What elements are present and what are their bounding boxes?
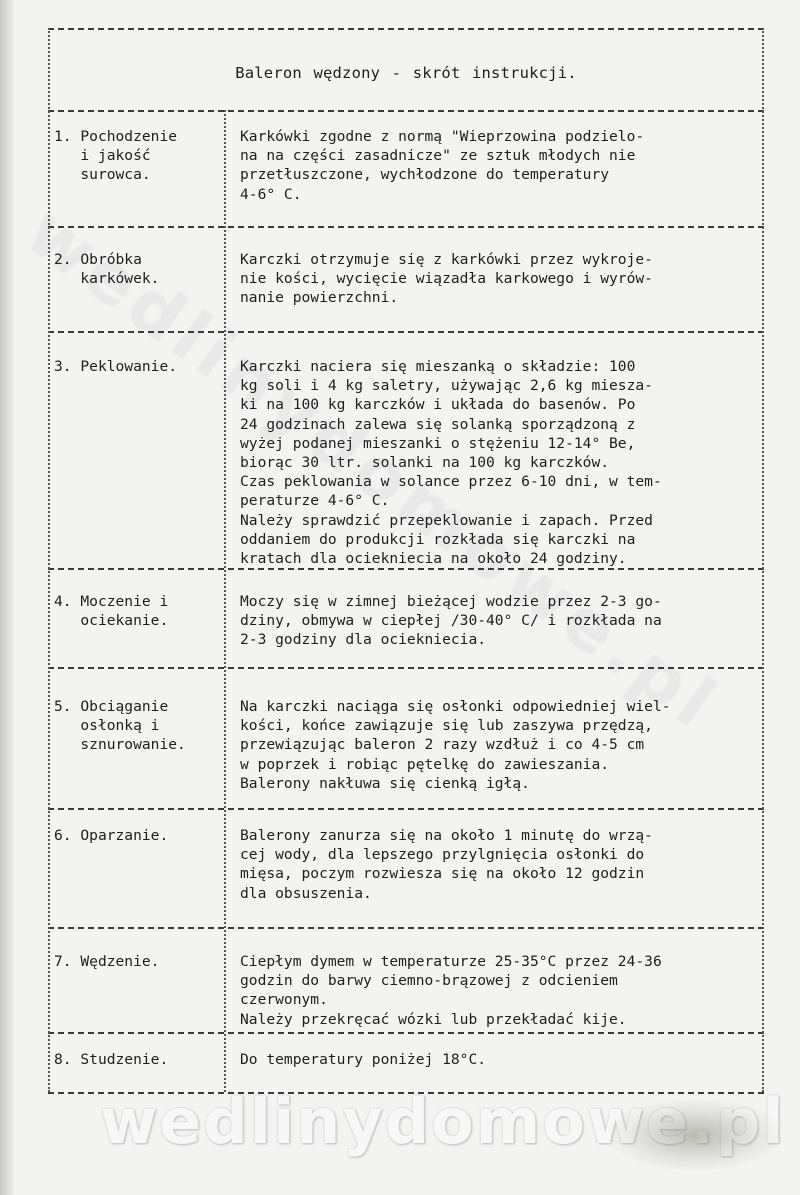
row-title: Obróbka karkówek. <box>80 250 159 288</box>
row-divider <box>48 331 764 333</box>
row-title: Peklowanie. <box>80 357 177 376</box>
row-content: Balerony zanurza się na około 1 minutę d… <box>240 826 760 903</box>
row-label: 3. Peklowanie. <box>54 357 224 376</box>
row-title: Wędzenie. <box>80 952 159 971</box>
row-title: Studzenie. <box>80 1050 168 1069</box>
row-title: Obciąganie osłonką i sznurowanie. <box>80 697 185 755</box>
table-border-right <box>762 28 764 1092</box>
row-title: Moczenie i ociekanie. <box>80 592 168 630</box>
row-divider <box>48 110 764 112</box>
row-label: 4. Moczenie i ociekanie. <box>54 592 224 630</box>
row-title: Pochodzenie i jakość surowca. <box>80 127 177 185</box>
row-divider <box>48 1032 764 1034</box>
row-content: Moczy się w zimnej bieżącej wodzie przez… <box>240 592 760 650</box>
row-number: 4. <box>54 593 72 610</box>
row-divider <box>48 808 764 810</box>
row-label: 7. Wędzenie. <box>54 952 224 971</box>
row-number: 1. <box>54 128 72 145</box>
table-border-left <box>48 28 50 1092</box>
row-divider <box>48 226 764 228</box>
row-label: 1. Pochodzenie i jakość surowca. <box>54 127 224 185</box>
row-content: Ciepłym dymem w temperaturze 25-35°C prz… <box>240 952 760 1029</box>
row-content: Karkówki zgodne z normą "Wieprzowina pod… <box>240 127 760 204</box>
row-number: 7. <box>54 953 72 970</box>
row-divider <box>48 927 764 929</box>
row-content: Karczki otrzymuje się z karkówki przez w… <box>240 250 760 308</box>
row-title: Oparzanie. <box>80 826 168 845</box>
row-label: 6. Oparzanie. <box>54 826 224 845</box>
row-number: 8. <box>54 1051 72 1068</box>
row-number: 3. <box>54 358 72 375</box>
row-number: 2. <box>54 251 72 268</box>
table-border-top <box>48 28 764 30</box>
column-divider <box>224 110 226 1092</box>
row-divider <box>48 667 764 669</box>
row-label: 8. Studzenie. <box>54 1050 224 1069</box>
document-title: Baleron wędzony - skrót instrukcji. <box>48 64 764 82</box>
paper-stain <box>610 1100 780 1170</box>
row-label: 2. Obróbka karkówek. <box>54 250 224 288</box>
row-content: Na karczki naciąga się osłonki odpowiedn… <box>240 697 760 793</box>
page-edge-shadow <box>0 0 14 1195</box>
row-number: 6. <box>54 827 72 844</box>
row-label: 5. Obciąganie osłonką i sznurowanie. <box>54 697 224 755</box>
row-content: Do temperatury poniżej 18°C. <box>240 1050 760 1069</box>
row-content: Karczki naciera się mieszanką o składzie… <box>240 357 760 568</box>
row-divider <box>48 568 764 570</box>
row-number: 5. <box>54 698 72 715</box>
